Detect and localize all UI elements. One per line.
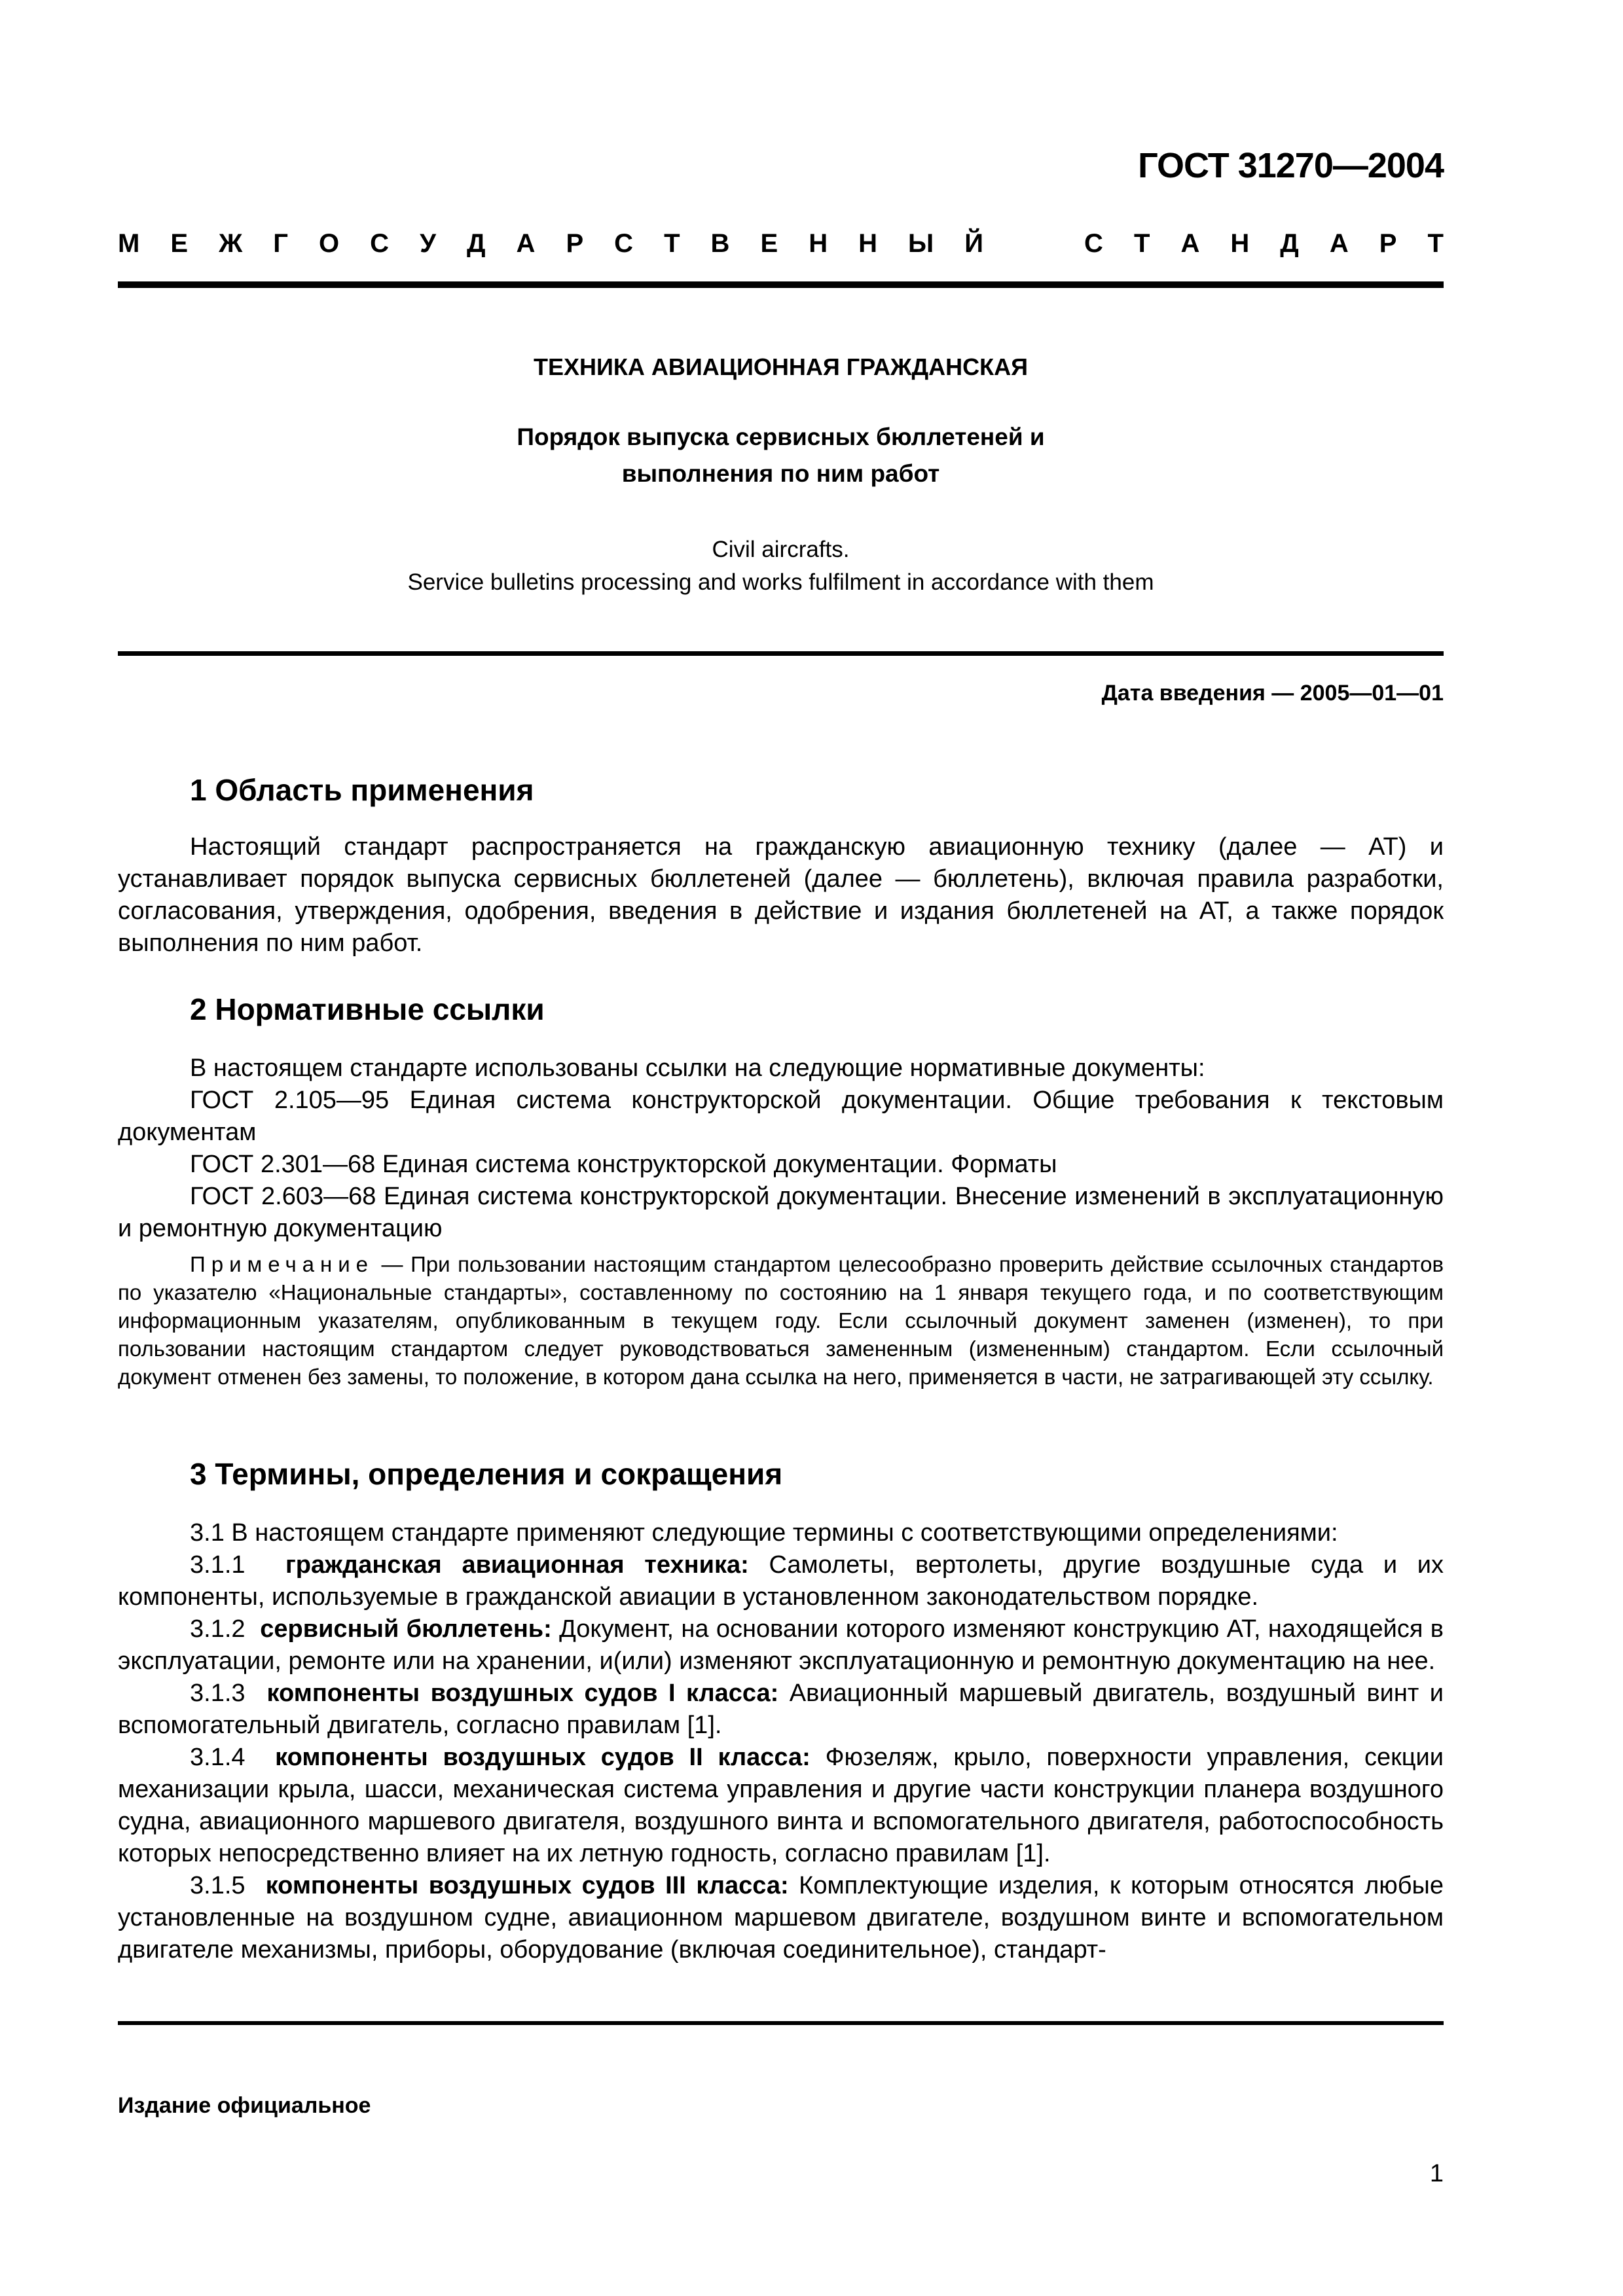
document-title: ТЕХНИКА АВИАЦИОННАЯ ГРАЖДАНСКАЯ (118, 353, 1444, 381)
english-title: Civil aircrafts. Service bulletins proce… (118, 533, 1444, 599)
term-number: 3.1.4 (190, 1744, 246, 1771)
banner-letter: Е (760, 229, 778, 259)
section-1-heading: 1 Область применения (190, 772, 534, 808)
banner-letter: У (420, 229, 436, 259)
normative-reference: ГОСТ 2.603—68 Единая система конструктор… (118, 1181, 1444, 1245)
term-definition: 3.1.4 компоненты воздушных судов II клас… (118, 1742, 1444, 1870)
banner-letter: С (1084, 229, 1103, 259)
english-title-line-1: Civil aircrafts. (118, 533, 1444, 566)
normative-reference: ГОСТ 2.301—68 Единая система конструктор… (118, 1149, 1444, 1181)
subtitle-line-1: Порядок выпуска сервисных бюллетеней и (118, 419, 1444, 456)
banner-gap (1014, 229, 1053, 259)
term-number: 3.1.5 (190, 1872, 246, 1899)
term-name: гражданская авиационная техника: (285, 1551, 749, 1579)
banner-letter: Р (1379, 229, 1397, 259)
interstate-standard-banner: МЕЖГОСУДАРСТВЕННЫЙСТАНДАРТ (118, 229, 1444, 259)
term-list: 3.1.1 гражданская авиационная техника: С… (118, 1549, 1444, 1966)
official-edition-label: Издание официальное (118, 2093, 371, 2119)
term-name: компоненты воздушных судов II класса: (275, 1744, 811, 1771)
banner-letter: Т (1427, 229, 1443, 259)
section-3-intro: 3.1 В настоящем стандарте применяют след… (118, 1517, 1444, 1549)
english-title-line-2: Service bulletins processing and works f… (118, 566, 1444, 599)
section-3-body: 3.1 В настоящем стандарте применяют след… (118, 1517, 1444, 1966)
banner-letter: О (319, 229, 339, 259)
section-2-note: Примечание — При пользовании настоящим с… (118, 1250, 1444, 1391)
banner-letter: А (517, 229, 536, 259)
banner-letter: Н (858, 229, 877, 259)
term-name: компоненты воздушных судов III класса: (266, 1872, 789, 1899)
banner-letter: А (1330, 229, 1349, 259)
section-1-text: Настоящий стандарт распространяется на г… (118, 831, 1444, 960)
term-number: 3.1.3 (190, 1679, 246, 1707)
banner-letter: Е (170, 229, 188, 259)
banner-letter: Д (1280, 229, 1299, 259)
section-2-heading: 2 Нормативные ссылки (190, 992, 545, 1027)
section-3-heading: 3 Термины, определения и сокращения (190, 1456, 782, 1492)
page-number: 1 (1430, 2160, 1444, 2188)
document-subtitle: Порядок выпуска сервисных бюллетеней и в… (118, 419, 1444, 492)
banner-letter: Г (273, 229, 288, 259)
term-definition: 3.1.1 гражданская авиационная техника: С… (118, 1549, 1444, 1613)
document-page: ГОСТ 31270—2004 МЕЖГОСУДАРСТВЕННЫЙСТАНДА… (0, 0, 1623, 2296)
banner-letter: М (118, 229, 139, 259)
introduction-date: Дата введения — 2005—01—01 (1102, 681, 1444, 706)
banner-letter: Ж (219, 229, 242, 259)
document-number: ГОСТ 31270—2004 (1138, 145, 1444, 186)
banner-letter: Р (566, 229, 583, 259)
term-name: компоненты воздушных судов I класса: (267, 1679, 779, 1707)
banner-letter: Т (664, 229, 680, 259)
banner-letter: Д (467, 229, 486, 259)
note-label: Примечание (190, 1252, 374, 1276)
term-name: сервисный бюллетень: (260, 1615, 552, 1643)
section-1-body: Настоящий стандарт распространяется на г… (118, 831, 1444, 960)
section-2-body: В настоящем стандарте использованы ссылк… (118, 1052, 1444, 1391)
banner-letter: Н (809, 229, 828, 259)
term-definition: 3.1.3 компоненты воздушных судов I класс… (118, 1677, 1444, 1742)
section-2-intro: В настоящем стандарте использованы ссылк… (118, 1052, 1444, 1085)
normative-reference: ГОСТ 2.105—95 Единая система конструктор… (118, 1085, 1444, 1149)
banner-letter: Н (1230, 229, 1249, 259)
banner-letter: С (370, 229, 389, 259)
title-rule (118, 651, 1444, 656)
term-number: 3.1.1 (190, 1551, 246, 1579)
banner-letter: В (711, 229, 730, 259)
footer-rule (118, 2021, 1444, 2025)
subtitle-line-2: выполнения по ним работ (118, 456, 1444, 492)
banner-letter: А (1180, 229, 1199, 259)
banner-letter: Т (1134, 229, 1150, 259)
term-definition: 3.1.2 сервисный бюллетень: Документ, на … (118, 1613, 1444, 1677)
banner-letter: Й (964, 229, 983, 259)
term-number: 3.1.2 (190, 1615, 246, 1643)
banner-letter: С (614, 229, 633, 259)
banner-letter: Ы (908, 229, 934, 259)
term-definition: 3.1.5 компоненты воздушных судов III кла… (118, 1870, 1444, 1966)
header-rule (118, 281, 1444, 288)
